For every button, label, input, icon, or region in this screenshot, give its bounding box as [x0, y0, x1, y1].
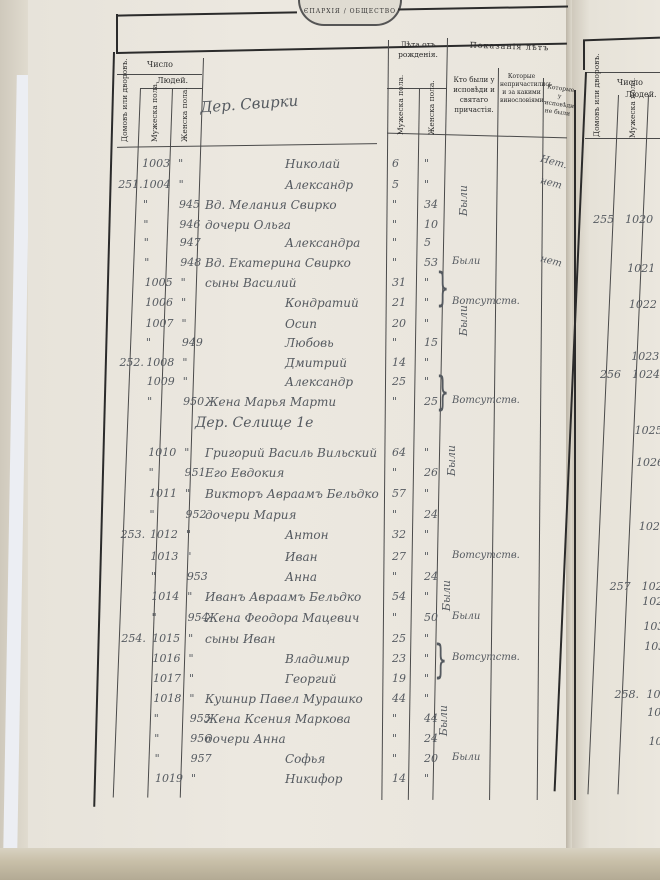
age-female: 15 [424, 336, 438, 349]
vertical-confession-note: Были [457, 185, 470, 216]
right-male-number: 1022 [629, 298, 657, 311]
age-female: 5 [424, 236, 431, 249]
age-male: " [392, 236, 397, 249]
male-number: 1009 [147, 375, 175, 388]
emblem-text: ЄПАРХІЯ / ОБЩЕСТВО [300, 8, 400, 15]
female-number: " [191, 772, 196, 785]
age-male: " [392, 395, 397, 408]
age-male: 31 [392, 276, 406, 289]
right-male-number: 1028 [642, 580, 660, 593]
person-name: Жена Марья Марти [205, 395, 336, 409]
age-male: 14 [392, 772, 406, 785]
person-name: Иван [285, 550, 318, 564]
age-male: 23 [392, 652, 406, 665]
male-number: " [143, 218, 148, 231]
female-number: 949 [182, 336, 203, 349]
female-number: " [189, 672, 194, 685]
female-number: 952 [186, 508, 207, 521]
age-female: " [424, 590, 429, 603]
header-number-group: Число [120, 60, 200, 70]
male-number: 1015 [152, 632, 180, 645]
person-name: Софья [285, 752, 325, 766]
vertical-confession-note: Были [440, 580, 453, 611]
right-male-number: 1030 [643, 620, 660, 633]
female-number: " [188, 632, 193, 645]
person-name: Анна [285, 570, 317, 584]
person-name: сыны Василий [205, 276, 297, 290]
female-number: " [186, 550, 191, 563]
male-number: 1007 [146, 317, 174, 330]
male-number: " [155, 752, 160, 765]
female-number: " [182, 356, 187, 369]
age-female: " [424, 356, 429, 369]
age-female: " [424, 632, 429, 645]
age-female: " [424, 487, 429, 500]
age-female: 44 [424, 712, 438, 725]
male-number: 1005 [145, 276, 173, 289]
age-female: " [424, 296, 429, 309]
age-male: " [392, 508, 397, 521]
header-years-male: Мужеска пола. [396, 95, 405, 135]
male-number: 1003 [142, 157, 170, 170]
confession-note: Были [452, 256, 480, 267]
header-households: Домовъ или дворовъ. [120, 92, 129, 142]
right-header-male: Мужеска пола. [628, 100, 637, 138]
male-number: " [152, 611, 157, 624]
person-name: Жена Ксения Маркова [205, 712, 351, 726]
right-male-number: 1021 [627, 262, 655, 275]
age-female: 24 [424, 570, 438, 583]
age-female: 50 [424, 611, 438, 624]
age-male: 6 [392, 157, 399, 170]
male-number: 1011 [149, 487, 177, 500]
household-number: 253. [121, 528, 146, 541]
right-household-number: 256 [600, 368, 621, 381]
age-female: " [424, 375, 429, 388]
age-male: 44 [392, 692, 406, 705]
female-number: 953 [187, 570, 208, 583]
age-female: " [424, 652, 429, 665]
header-female: Женска пола. [180, 92, 189, 142]
frame-left-top [116, 14, 118, 54]
person-name: Николай [285, 157, 340, 171]
female-number: " [189, 692, 194, 705]
male-number: " [146, 336, 151, 349]
person-name: Кондратий [285, 296, 359, 310]
female-number: " [178, 157, 183, 170]
age-male: " [392, 218, 397, 231]
age-male: " [392, 611, 397, 624]
male-number: 1014 [151, 590, 179, 603]
age-female: 10 [424, 218, 438, 231]
male-number: 1004 [143, 178, 171, 191]
vertical-confession-note: Были [457, 305, 470, 336]
person-name: дочери Ольга [205, 218, 291, 232]
person-name: Дмитрий [285, 356, 347, 370]
age-male: 64 [392, 446, 406, 459]
female-number: " [185, 487, 190, 500]
right-header-households: Домовъ или дворовъ. [592, 92, 601, 137]
page-bottom-edge [0, 848, 660, 880]
age-female: " [424, 157, 429, 170]
age-female: " [424, 178, 429, 191]
female-number: " [186, 528, 191, 541]
right-male-number: 1034 [649, 735, 660, 748]
household-number: 251. [118, 178, 143, 191]
age-female: 26 [424, 466, 438, 479]
female-number: " [179, 178, 184, 191]
right-male-number: 1033 [647, 706, 660, 719]
female-number: " [183, 375, 188, 388]
male-number: 1016 [153, 652, 181, 665]
right-male-number: 1020 [625, 213, 653, 226]
person-name: Александр [285, 375, 353, 389]
female-number: 945 [179, 198, 200, 211]
age-male: " [392, 732, 397, 745]
male-number: " [144, 256, 149, 269]
person-name: Владимир [285, 652, 349, 666]
male-number: " [147, 395, 152, 408]
person-name: Жена Феодора Мацевич [205, 611, 359, 625]
female-number: " [182, 317, 187, 330]
right-frame-left-top [583, 40, 585, 70]
male-number: 1008 [146, 356, 174, 369]
person-name: Александра [285, 236, 360, 250]
age-male: 27 [392, 550, 406, 563]
confession-note: Были [452, 611, 480, 622]
female-number: 946 [179, 218, 200, 231]
right-household-number: 258. [614, 688, 639, 701]
age-male: 5 [392, 178, 399, 191]
male-number: 1012 [150, 528, 178, 541]
header-other: Которые у исповѣди не были [543, 83, 575, 119]
person-name: Александр [285, 178, 353, 192]
age-male: " [392, 466, 397, 479]
right-male-number: 1029 [642, 595, 660, 608]
confession-note: Были [452, 752, 480, 763]
age-male: 19 [392, 672, 406, 685]
vertical-confession-note: Были [437, 705, 450, 736]
person-name: сыны Иван [205, 632, 276, 646]
age-female: 24 [424, 508, 438, 521]
male-number: 1006 [145, 296, 173, 309]
right-male-number: 1026 [636, 456, 660, 469]
household-number: 254. [121, 632, 146, 645]
age-female: " [424, 672, 429, 685]
age-male: 54 [392, 590, 406, 603]
outer-right-border [574, 90, 576, 800]
age-male: " [392, 256, 397, 269]
age-female: " [424, 550, 429, 563]
male-number: 1018 [153, 692, 181, 705]
age-female: 24 [424, 732, 438, 745]
right-male-number: 1027 [639, 520, 660, 533]
right-household-number: 255 [593, 213, 614, 226]
age-male: 57 [392, 487, 406, 500]
person-name: Кушнир Павел Мурашко [205, 692, 363, 706]
female-number: 947 [180, 236, 201, 249]
header-not-due: Которые непричастились и за какими винос… [500, 73, 543, 105]
right-male-number: 1025 [635, 424, 660, 437]
male-number: 1017 [153, 672, 181, 685]
age-female: " [424, 276, 429, 289]
female-number: " [184, 446, 189, 459]
confession-note: Вотсутств. [452, 550, 520, 561]
right-household-number: 257 [610, 580, 631, 593]
male-number: " [144, 236, 149, 249]
age-female: " [424, 446, 429, 459]
age-female: 20 [424, 752, 438, 765]
person-name: Иванъ Авраамъ Бельдко [205, 590, 361, 604]
person-name: Вд. Мелания Свирко [205, 198, 337, 212]
male-number: " [154, 712, 159, 725]
person-name: дочери Мария [205, 508, 296, 522]
male-number: 1010 [148, 446, 176, 459]
female-number: " [189, 652, 194, 665]
female-number: 951 [185, 466, 206, 479]
age-female: " [424, 528, 429, 541]
age-female: 34 [424, 198, 438, 211]
brace-icon: } [436, 268, 449, 308]
age-male: " [392, 198, 397, 211]
age-male: 25 [392, 632, 406, 645]
female-number: " [181, 276, 186, 289]
right-header-bottom-rule [585, 138, 660, 139]
confession-note: Вотсутств. [452, 652, 520, 663]
age-female: " [424, 692, 429, 705]
brace-icon: } [434, 640, 447, 680]
person-name: Никифор [285, 772, 342, 786]
male-number: 1019 [155, 772, 183, 785]
right-male-number: 1024 [632, 368, 660, 381]
vertical-confession-note: Были [445, 445, 458, 476]
age-female: " [424, 317, 429, 330]
header-years-group: Лѣта отъ рожденія. [390, 40, 446, 60]
village-heading: Дер. Селище 1е [195, 415, 313, 431]
age-male: " [392, 712, 397, 725]
person-name: Викторъ Авраамъ Бельдко [205, 487, 379, 501]
male-number: " [154, 732, 159, 745]
person-name: Антон [285, 528, 329, 542]
header-years-female: Женска пола. [427, 95, 436, 135]
age-male: 20 [392, 317, 406, 330]
household-number: 252. [119, 356, 144, 369]
person-name: Осип [285, 317, 317, 331]
female-number: 948 [180, 256, 201, 269]
female-number: " [181, 296, 186, 309]
age-male: " [392, 336, 397, 349]
age-male: 25 [392, 375, 406, 388]
age-male: " [392, 570, 397, 583]
male-number: " [149, 466, 154, 479]
age-male: 21 [392, 296, 406, 309]
male-number: " [151, 570, 156, 583]
header-confession: Кто были у исповѣди и святаго причастія. [450, 75, 498, 115]
right-male-number: 1031 [644, 640, 660, 653]
male-number: " [143, 198, 148, 211]
person-name: Григорий Василь Вильский [205, 446, 377, 460]
age-male: 32 [392, 528, 406, 541]
person-name: Вд. Екатерина Свирко [205, 256, 351, 270]
person-name: Его Евдокия [205, 466, 284, 480]
male-number: 1013 [150, 550, 178, 563]
female-number: 957 [191, 752, 212, 765]
male-number: " [150, 508, 155, 521]
age-male: 14 [392, 356, 406, 369]
header-male: Мужеска пола. [150, 92, 159, 142]
age-male: " [392, 752, 397, 765]
person-name: Георгий [285, 672, 336, 686]
female-number: 950 [183, 395, 204, 408]
brace-icon: } [436, 372, 449, 412]
female-number: " [187, 590, 192, 603]
person-name: дочери Анна [205, 732, 286, 746]
right-male-number: 1032 [646, 688, 660, 701]
right-male-number: 1023 [631, 350, 659, 363]
emblem-seal-icon: ЄПАРХІЯ / ОБЩЕСТВО [298, 0, 402, 26]
person-name: Любовь [285, 336, 334, 350]
confession-note: Вотсутств. [452, 395, 520, 406]
age-female: " [424, 772, 429, 785]
number-subheader-rule [117, 74, 202, 75]
